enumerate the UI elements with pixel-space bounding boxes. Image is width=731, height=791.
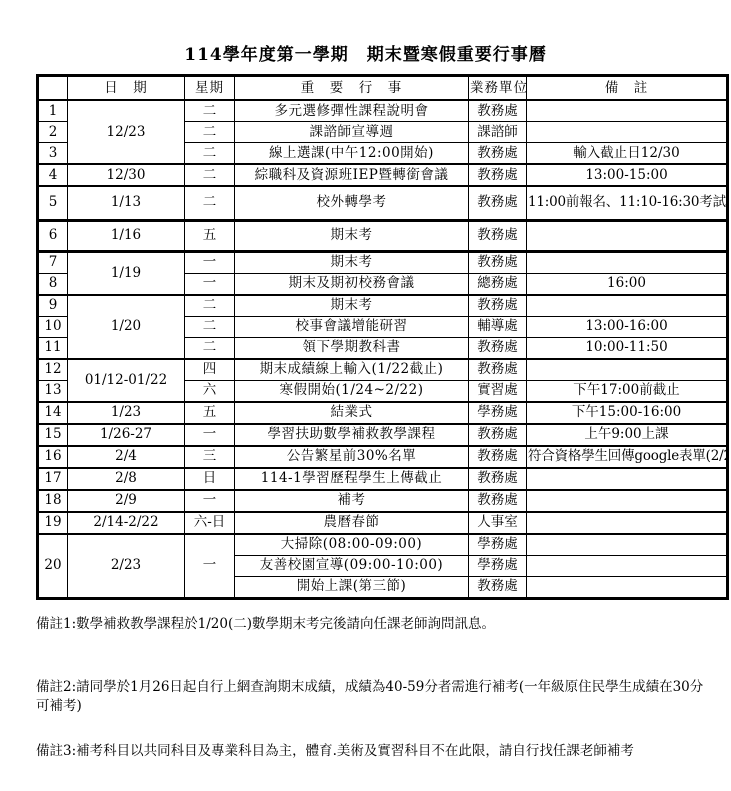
row-number-cell: 4 [38,164,68,186]
note-cell [527,490,728,512]
note-cell [527,555,728,576]
note-cell [527,100,728,122]
weekday-cell: 一 [185,490,235,512]
calendar-body: 112/23二多元選修彈性課程說明會教務處2二課諮師宣導週課諮師3二線上選課(中… [38,100,728,598]
weekday-cell: 四 [185,359,235,381]
weekday-header: 星期 [185,76,235,101]
note-cell [527,576,728,598]
calendar-header: 日 期 星期 重 要 行 事 業務單位 備 註 [38,76,728,101]
table-row: 412/30二綜職科及資源班IEP暨轉銜會議教務處13:00-15:00 [38,164,728,186]
unit-cell: 實習處 [469,380,527,402]
date-cell: 1/26-27 [68,424,185,446]
weekday-cell: 六 [185,380,235,402]
event-cell: 期末考 [235,295,469,317]
event-cell: 開始上課(第三節) [235,576,469,598]
date-cell: 1/23 [68,402,185,424]
weekday-cell: 三 [185,446,235,468]
event-cell: 友善校園宣導(09:00-10:00) [235,555,469,576]
footnote-1: 備註1:數學補救教學課程於1/20(二)數學期末考完後請向任課老師詢問訊息。 [36,615,714,634]
row-number-cell: 1 [38,100,68,122]
row-number-cell: 7 [38,251,68,273]
row-number-cell: 3 [38,143,68,165]
note-cell [527,122,728,143]
weekday-cell: 二 [185,316,235,337]
page-title: 114學年度第一學期 期末暨寒假重要行事曆 [0,0,731,65]
date-cell: 1/20 [68,295,185,359]
unit-cell: 教務處 [469,186,527,220]
unit-cell: 學務處 [469,534,527,556]
unit-cell: 教務處 [469,164,527,186]
weekday-cell: 五 [185,220,235,251]
weekday-cell: 二 [185,143,235,165]
row-number-cell: 16 [38,446,68,468]
table-row: 182/9一補考教務處 [38,490,728,512]
event-cell: 大掃除(08:00-09:00) [235,534,469,556]
note-cell [527,295,728,317]
table-row: 91/20二期末考教務處 [38,295,728,317]
event-cell: 補考 [235,490,469,512]
row-number-cell: 18 [38,490,68,512]
row-number-cell: 8 [38,273,68,295]
note-cell: 下午15:00-16:00 [527,402,728,424]
event-cell: 結業式 [235,402,469,424]
event-cell: 寒假開始(1/24~2/22) [235,380,469,402]
event-cell: 期末及期初校務會議 [235,273,469,295]
row-number-cell: 19 [38,512,68,534]
note-cell: 16:00 [527,273,728,295]
weekday-cell: 一 [185,534,235,599]
unit-cell: 教務處 [469,295,527,317]
event-cell: 期末考 [235,251,469,273]
note-cell [527,534,728,556]
row-number-cell: 13 [38,380,68,402]
note-cell: 13:00-15:00 [527,164,728,186]
row-number-cell: 17 [38,468,68,490]
unit-cell: 課諮師 [469,122,527,143]
note-cell [527,251,728,273]
unit-cell: 教務處 [469,490,527,512]
event-cell: 多元選修彈性課程說明會 [235,100,469,122]
unit-cell: 教務處 [469,220,527,251]
table-row: 151/26-27一學習扶助數學補救教學課程教務處上午9:00上課 [38,424,728,446]
row-number-cell: 2 [38,122,68,143]
note-cell [527,220,728,251]
date-cell: 1/13 [68,186,185,220]
event-cell: 114-1學習歷程學生上傳截止 [235,468,469,490]
weekday-cell: 一 [185,273,235,295]
weekday-cell: 一 [185,424,235,446]
note-cell: 13:00-16:00 [527,316,728,337]
row-number-cell: 9 [38,295,68,317]
event-cell: 綜職科及資源班IEP暨轉銜會議 [235,164,469,186]
date-cell: 2/9 [68,490,185,512]
unit-cell: 教務處 [469,251,527,273]
event-cell: 學習扶助數學補救教學課程 [235,424,469,446]
event-cell: 校事會議增能研習 [235,316,469,337]
event-cell: 課諮師宣導週 [235,122,469,143]
date-cell: 12/23 [68,100,185,164]
unit-cell: 教務處 [469,100,527,122]
unit-cell: 輔導處 [469,316,527,337]
unit-cell: 總務處 [469,273,527,295]
event-cell: 期末考 [235,220,469,251]
note-cell: 輸入截止日12/30 [527,143,728,165]
date-cell: 1/19 [68,251,185,295]
date-cell: 1/16 [68,220,185,251]
note-cell [527,512,728,534]
note-header: 備 註 [527,76,728,101]
document-page: 114學年度第一學期 期末暨寒假重要行事曆 日 期 星期 重 要 行 事 業務單… [0,0,731,791]
footnote-2: 備註2:請同學於1月26日起自行上網查詢期末成績，成績為40-59分者需進行補考… [36,678,714,716]
weekday-cell: 二 [185,122,235,143]
weekday-cell: 二 [185,295,235,317]
date-header: 日 期 [68,76,185,101]
unit-cell: 教務處 [469,143,527,165]
note-cell [527,359,728,381]
unit-header: 業務單位 [469,76,527,101]
event-cell: 校外轉學考 [235,186,469,220]
unit-cell: 教務處 [469,468,527,490]
note-cell: 11:00前報名、11:10-16:30考試 [527,186,728,220]
row-number-cell: 15 [38,424,68,446]
unit-cell: 教務處 [469,337,527,359]
table-row: 162/4三公告繁星前30%名單教務處符合資格學生回傳google表單(2/26… [38,446,728,468]
row-number-cell: 12 [38,359,68,381]
weekday-cell: 日 [185,468,235,490]
weekday-cell: 六-日 [185,512,235,534]
note-cell [527,468,728,490]
footnote-3: 備註3:補考科目以共同科目及專業科目為主，體育.美術及實習科目不在此限，請自行找… [36,742,714,761]
weekday-cell: 一 [185,251,235,273]
unit-cell: 學務處 [469,555,527,576]
event-cell: 線上選課(中午12:00開始) [235,143,469,165]
event-cell: 農曆春節 [235,512,469,534]
corner-cell [38,76,68,101]
header-row: 日 期 星期 重 要 行 事 業務單位 備 註 [38,76,728,101]
weekday-cell: 二 [185,186,235,220]
row-number-cell: 5 [38,186,68,220]
date-cell: 01/12-01/22 [68,359,185,402]
row-number-cell: 6 [38,220,68,251]
row-number-cell: 14 [38,402,68,424]
date-cell: 2/23 [68,534,185,599]
table-row: 112/23二多元選修彈性課程說明會教務處 [38,100,728,122]
event-header: 重 要 行 事 [235,76,469,101]
calendar-table: 日 期 星期 重 要 行 事 業務單位 備 註 112/23二多元選修彈性課程說… [36,74,729,600]
table-row: 192/14-2/22六-日農曆春節人事室 [38,512,728,534]
event-cell: 領下學期教科書 [235,337,469,359]
note-cell: 10:00-11:50 [527,337,728,359]
weekday-cell: 五 [185,402,235,424]
table-row: 141/23五結業式學務處下午15:00-16:00 [38,402,728,424]
table-row: 51/13二校外轉學考教務處11:00前報名、11:10-16:30考試 [38,186,728,220]
row-number-cell: 11 [38,337,68,359]
event-cell: 公告繁星前30%名單 [235,446,469,468]
unit-cell: 學務處 [469,402,527,424]
note-cell: 上午9:00上課 [527,424,728,446]
table-row: 202/23一大掃除(08:00-09:00)學務處 [38,534,728,556]
date-cell: 2/14-2/22 [68,512,185,534]
table-row: 1201/12-01/22四期末成績線上輸入(1/22截止)教務處 [38,359,728,381]
unit-cell: 教務處 [469,424,527,446]
footnotes: 備註1:數學補救教學課程於1/20(二)數學期末考完後請向任課老師詢問訊息。 備… [36,615,714,761]
weekday-cell: 二 [185,100,235,122]
table-row: 71/19一期末考教務處 [38,251,728,273]
date-cell: 2/4 [68,446,185,468]
weekday-cell: 二 [185,164,235,186]
note-cell: 符合資格學生回傳google表單(2/26截止) [527,446,728,468]
date-cell: 12/30 [68,164,185,186]
unit-cell: 教務處 [469,576,527,598]
unit-cell: 人事室 [469,512,527,534]
table-row: 61/16五期末考教務處 [38,220,728,251]
unit-cell: 教務處 [469,446,527,468]
note-cell: 下午17:00前截止 [527,380,728,402]
event-cell: 期末成績線上輸入(1/22截止) [235,359,469,381]
row-number-cell: 20 [38,534,68,599]
date-cell: 2/8 [68,468,185,490]
weekday-cell: 二 [185,337,235,359]
unit-cell: 教務處 [469,359,527,381]
table-row: 172/8日114-1學習歷程學生上傳截止教務處 [38,468,728,490]
row-number-cell: 10 [38,316,68,337]
